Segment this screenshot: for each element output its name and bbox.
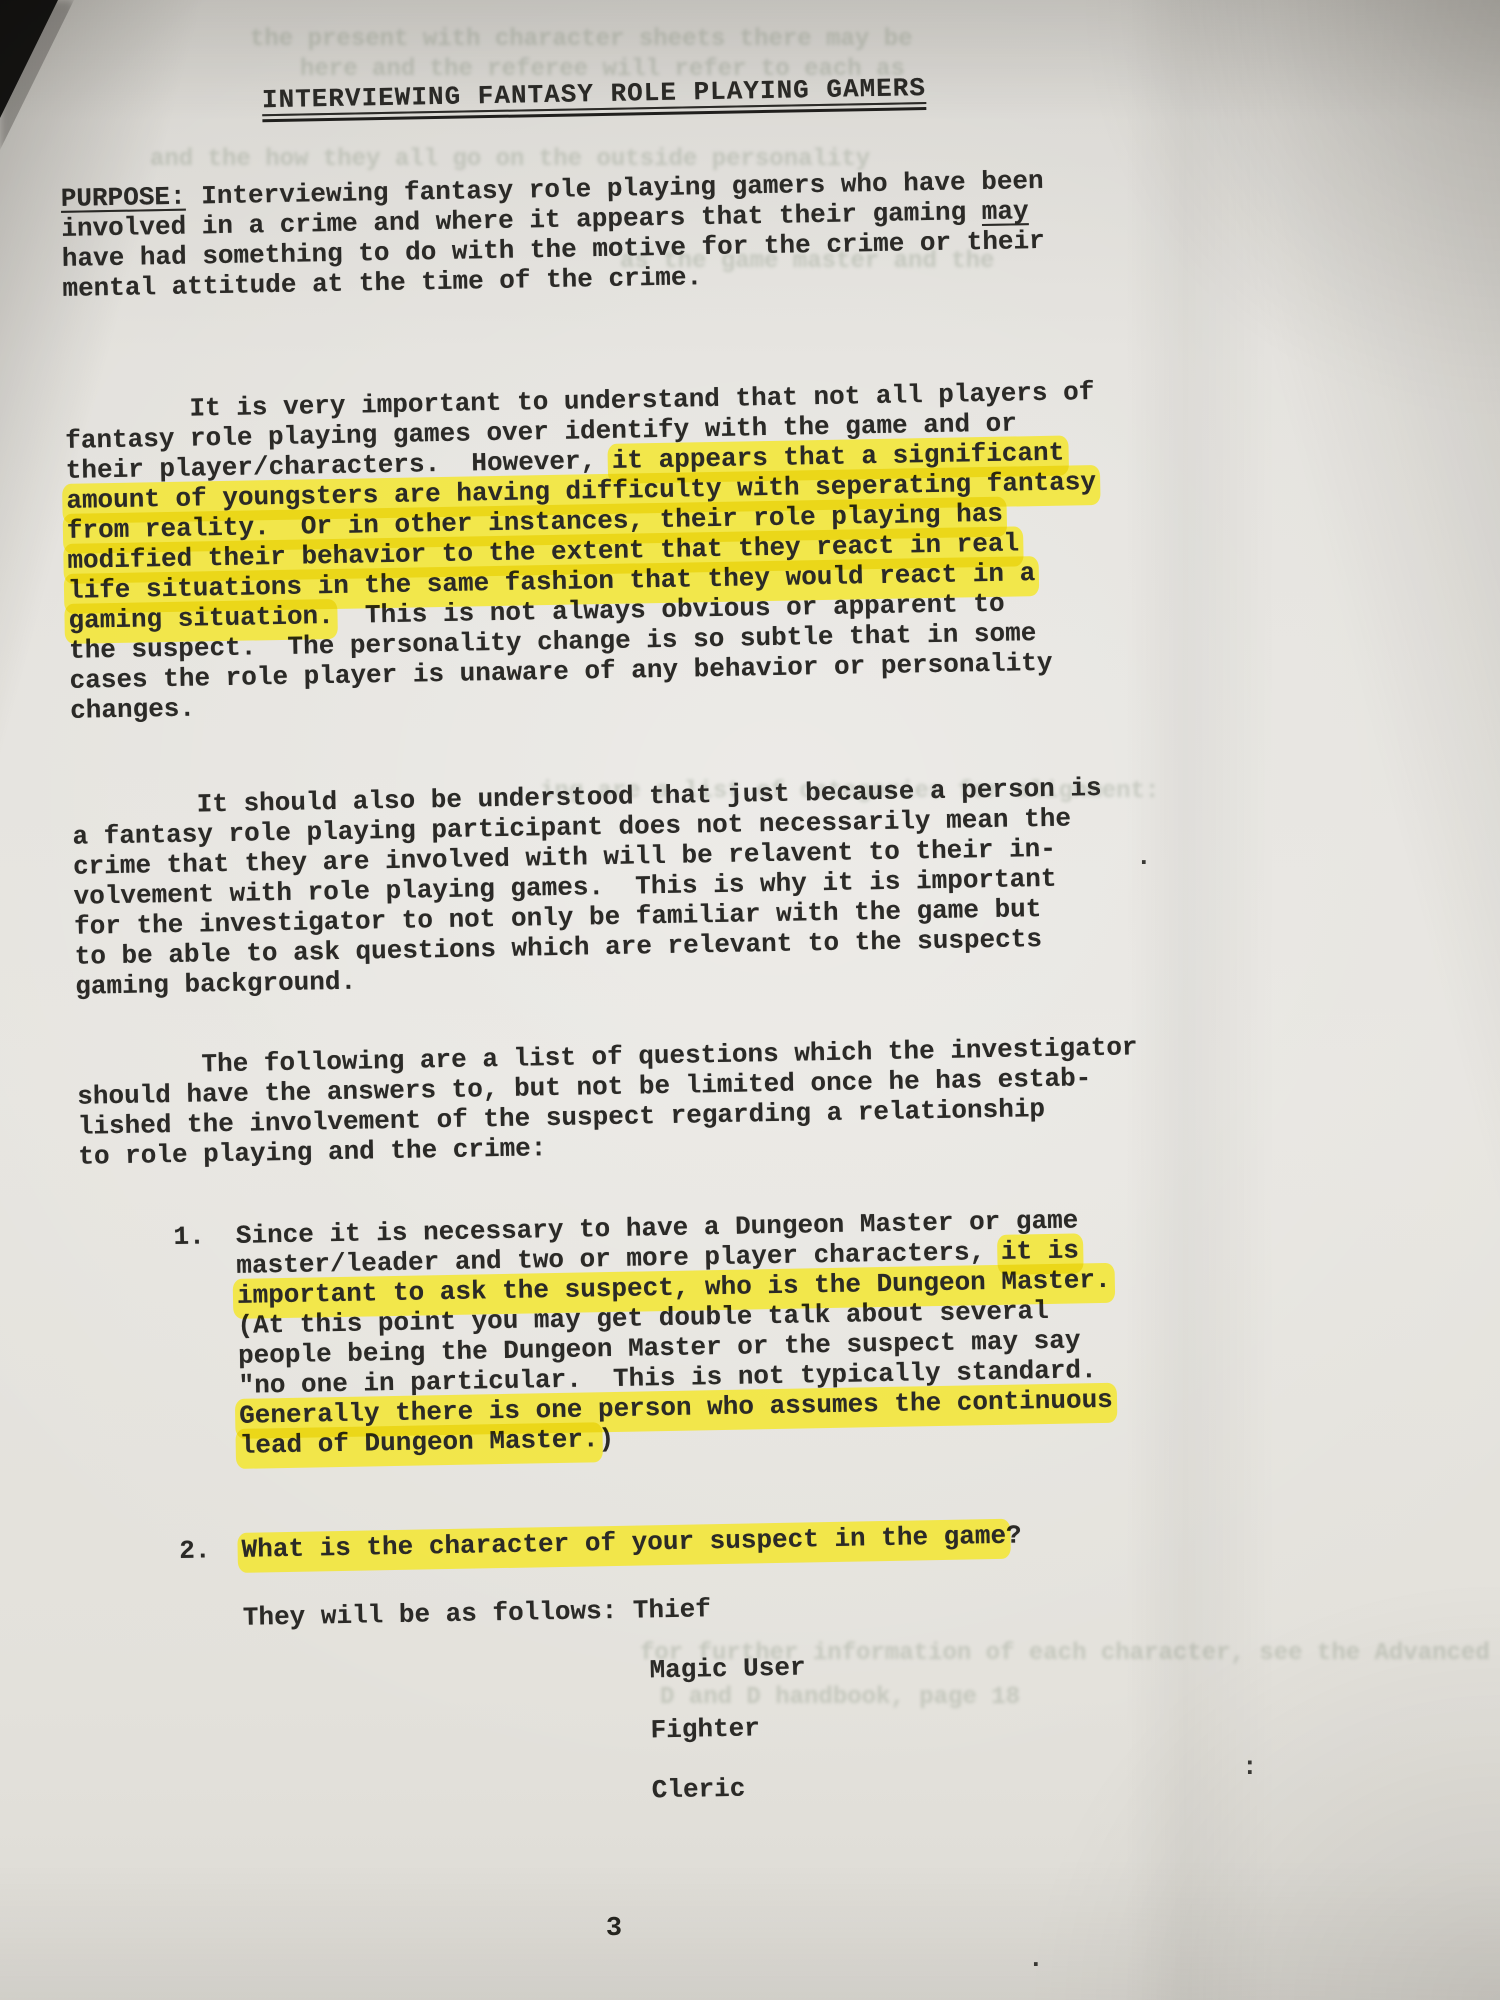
question-item-2: 2. What is the character of your suspect… — [85, 1518, 1155, 1568]
text-segment: Magic User — [88, 1653, 806, 1696]
highlighted-text: lead of Dungeon Master. — [235, 1422, 603, 1469]
text-line: They will be as follows: Thief — [87, 1586, 1157, 1636]
text-segment: They will be as follows: Thief — [87, 1594, 712, 1635]
characters-intro-line: They will be as follows: Thief — [87, 1586, 1157, 1636]
document-title: INTERVIEWING FANTASY ROLE PLAYING GAMERS — [59, 68, 1129, 124]
question-item-1: 1. Since it is necessary to have a Dunge… — [80, 1204, 1154, 1464]
document-content: INTERVIEWING FANTASY ROLE PLAYING GAMERS… — [59, 68, 1160, 1815]
text-line: 2. What is the character of your suspect… — [85, 1518, 1155, 1568]
highlighted-text: gaming situation. — [64, 599, 338, 644]
paragraph-question-list-intro: The following are a list of questions wh… — [76, 1032, 1148, 1172]
text-segment — [83, 1401, 240, 1434]
underlined-text: may — [982, 196, 1029, 227]
character-class-cleric: Cleric — [90, 1766, 1160, 1816]
text-segment: Fighter — [89, 1713, 760, 1755]
text-segment — [81, 1281, 238, 1314]
text-line: Cleric — [90, 1766, 1160, 1816]
character-class-magic-user: Magic User — [88, 1646, 1158, 1696]
stray-mark: . — [1028, 1944, 1044, 1974]
page-number: 3 — [584, 1914, 644, 1944]
paragraph-relevance: It should also be understood that just b… — [72, 772, 1146, 1002]
purpose-paragraph: PURPOSE: Interviewing fantasy role playi… — [61, 164, 1133, 304]
text-segment: changes. — [70, 694, 195, 726]
document-page: the present with character sheets there … — [0, 0, 1500, 2000]
underlined-text: INTERVIEWING FANTASY ROLE PLAYING GAMERS — [262, 73, 927, 122]
character-class-fighter: Fighter — [89, 1706, 1159, 1756]
highlighted-text: What is the character of your suspect in… — [237, 1519, 1010, 1573]
text-segment: Cleric — [90, 1774, 746, 1816]
underlined-text: PURPOSE: — [61, 182, 186, 214]
text-segment: gaming background. — [75, 967, 356, 1002]
text-segment — [83, 1431, 240, 1464]
text-line: Fighter — [89, 1706, 1159, 1756]
text-line: Magic User — [88, 1646, 1158, 1696]
text-line: INTERVIEWING FANTASY ROLE PLAYING GAMERS — [59, 68, 1129, 124]
text-segment: 2. — [85, 1535, 242, 1568]
ghost-bleed-text: the present with character sheets there … — [250, 26, 913, 53]
paragraph-over-identification: It is very important to understand that … — [64, 376, 1140, 726]
stray-mark: : — [1242, 1752, 1258, 1782]
